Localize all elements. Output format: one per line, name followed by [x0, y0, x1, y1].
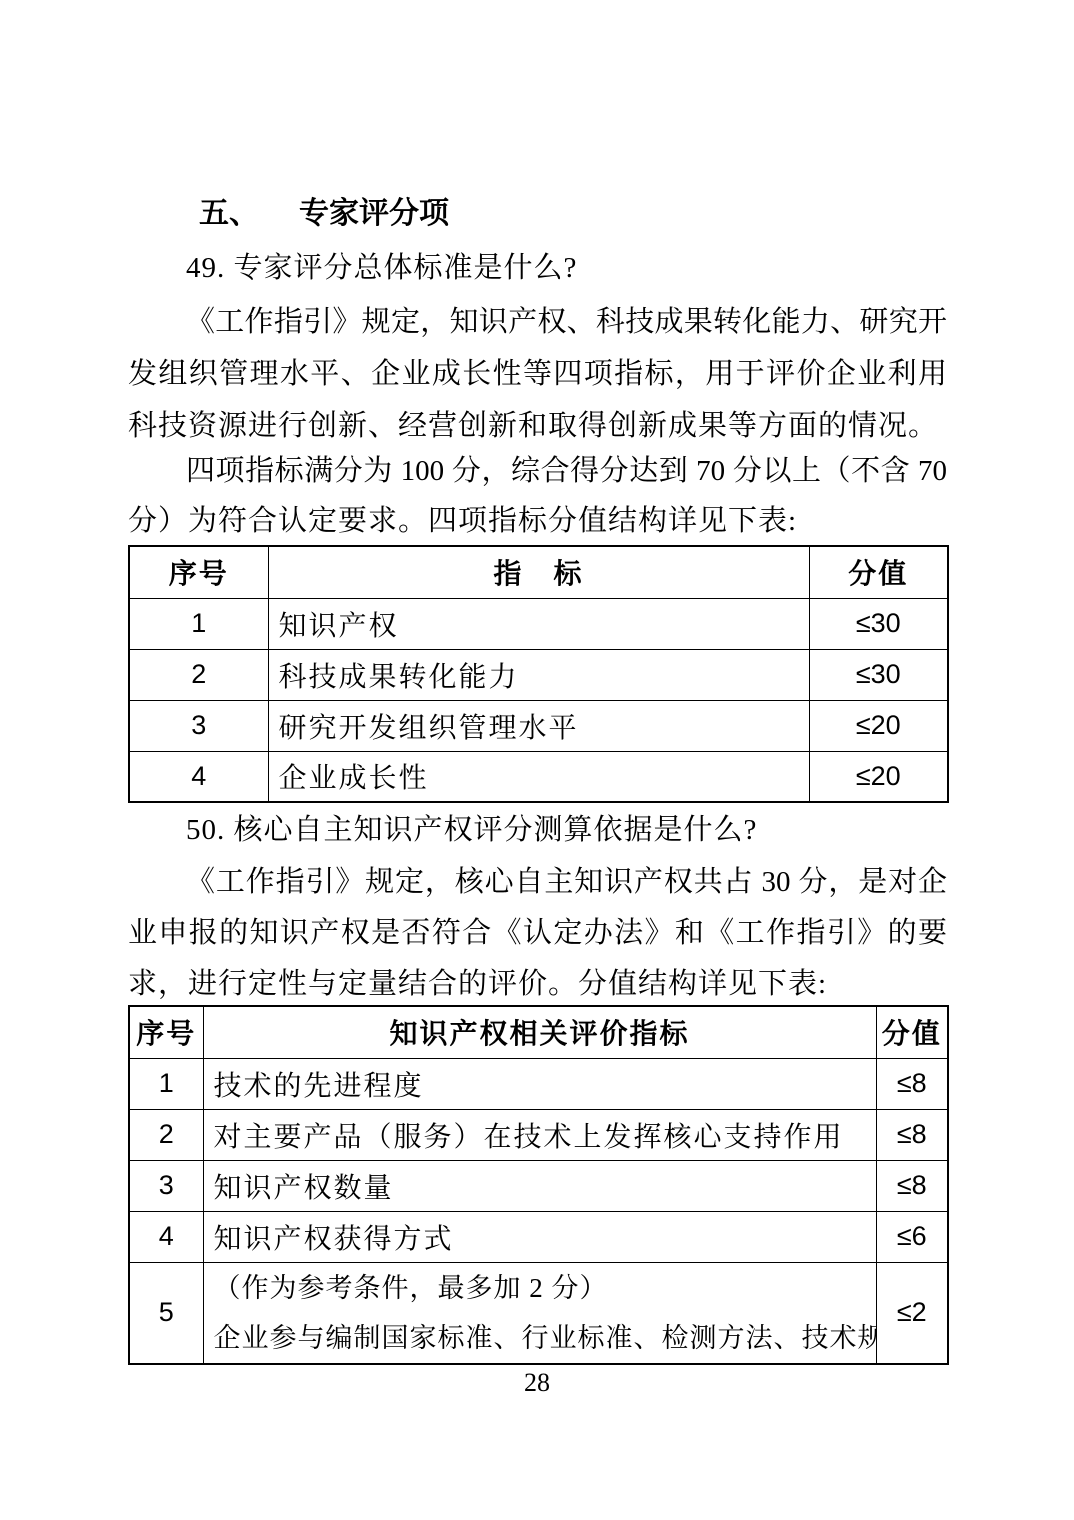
- cell-score: ≤20: [809, 751, 948, 802]
- table-row: 4 知识产权获得方式 ≤6: [129, 1211, 948, 1262]
- cell-indicator: 知识产权数量: [203, 1160, 876, 1211]
- paragraph-line: 求，进行定性与定量结合的评价。分值结构详见下表:: [128, 959, 947, 1010]
- cell-indicator: 知识产权获得方式: [203, 1211, 876, 1262]
- question-50: 50. 核心自主知识产权评分测算依据是什么?: [128, 804, 947, 856]
- question-49: 49. 专家评分总体标准是什么?: [128, 242, 947, 294]
- header-score: 分值: [876, 1006, 948, 1058]
- header-no: 序号: [129, 1006, 203, 1058]
- ip-evaluation-table: 序号 知识产权相关评价指标 分值 1 技术的先进程度 ≤8 2 对主要产品（服务…: [128, 1005, 949, 1365]
- table-header-row: 序号 指 标 分值: [129, 546, 948, 598]
- header-indicator: 知识产权相关评价指标: [203, 1006, 876, 1058]
- table-row: 4 企业成长性 ≤20: [129, 751, 948, 802]
- cell-score: ≤30: [809, 649, 948, 700]
- cell-indicator-line-1: （作为参考条件，最多加 2 分）: [214, 1263, 876, 1313]
- cell-no: 2: [129, 1109, 203, 1160]
- cell-no: 2: [129, 649, 268, 700]
- cell-indicator-line-2: 企业参与编制国家标准、行业标准、检测方法、技术规范的: [214, 1313, 876, 1363]
- cell-indicator: 对主要产品（服务）在技术上发挥核心支持作用: [203, 1109, 876, 1160]
- cell-score: ≤30: [809, 598, 948, 649]
- table-row: 2 对主要产品（服务）在技术上发挥核心支持作用 ≤8: [129, 1109, 948, 1160]
- ip-evaluation-table-wrap: 序号 知识产权相关评价指标 分值 1 技术的先进程度 ≤8 2 对主要产品（服务…: [128, 1005, 947, 1365]
- table-row: 1 知识产权 ≤30: [129, 598, 948, 649]
- paragraph-line: 科技资源进行创新、经营创新和取得创新成果等方面的情况。: [128, 400, 947, 452]
- cell-score: ≤6: [876, 1211, 948, 1262]
- cell-indicator: 科技成果转化能力: [268, 649, 809, 700]
- table-row: 3 研究开发组织管理水平 ≤20: [129, 700, 948, 751]
- cell-no: 3: [129, 700, 268, 751]
- indicator-score-table-wrap: 序号 指 标 分值 1 知识产权 ≤30 2 科技成果转化能力 ≤30 3 研究…: [128, 545, 947, 803]
- cell-indicator: （作为参考条件，最多加 2 分） 企业参与编制国家标准、行业标准、检测方法、技术…: [203, 1262, 876, 1364]
- cell-score: ≤8: [876, 1058, 948, 1109]
- header-no: 序号: [129, 546, 268, 598]
- section-title: 专家评分项: [299, 197, 449, 230]
- header-indicator: 指 标: [268, 546, 809, 598]
- header-score: 分值: [809, 546, 948, 598]
- cell-indicator: 技术的先进程度: [203, 1058, 876, 1109]
- table-row: 1 技术的先进程度 ≤8: [129, 1058, 948, 1109]
- document-page: { "heading": { "number": "五、", "title": …: [0, 0, 1074, 1520]
- cell-no: 1: [129, 1058, 203, 1109]
- paragraph-line: 《工作指引》规定，核心自主知识产权共占 30 分，是对企: [128, 857, 947, 908]
- cell-indicator: 研究开发组织管理水平: [268, 700, 809, 751]
- cell-score: ≤8: [876, 1160, 948, 1211]
- cell-no: 4: [129, 751, 268, 802]
- paragraph-3: 《工作指引》规定，核心自主知识产权共占 30 分，是对企 业申报的知识产权是否符…: [128, 857, 947, 1010]
- paragraph-line: 《工作指引》规定，知识产权、科技成果转化能力、研究开: [128, 296, 947, 348]
- table-header-row: 序号 知识产权相关评价指标 分值: [129, 1006, 948, 1058]
- cell-no: 3: [129, 1160, 203, 1211]
- paragraph-line: 业申报的知识产权是否符合《认定办法》和《工作指引》的要: [128, 908, 947, 959]
- paragraph-line: 发组织管理水平、企业成长性等四项指标，用于评价企业利用: [128, 348, 947, 400]
- cell-indicator: 企业成长性: [268, 751, 809, 802]
- cell-score: ≤20: [809, 700, 948, 751]
- table-row: 5 （作为参考条件，最多加 2 分） 企业参与编制国家标准、行业标准、检测方法、…: [129, 1262, 948, 1364]
- cell-score: ≤8: [876, 1109, 948, 1160]
- paragraph-line: 四项指标满分为 100 分，综合得分达到 70 分以上（不含 70: [128, 446, 947, 496]
- cell-no: 1: [129, 598, 268, 649]
- table-row: 2 科技成果转化能力 ≤30: [129, 649, 948, 700]
- section-number: 五、: [199, 197, 259, 230]
- page-number: 28: [0, 1366, 1074, 1400]
- cell-no: 4: [129, 1211, 203, 1262]
- section-heading: 五、专家评分项: [199, 192, 959, 236]
- cell-no: 5: [129, 1262, 203, 1364]
- paragraph-2: 四项指标满分为 100 分，综合得分达到 70 分以上（不含 70 分）为符合认…: [128, 446, 947, 546]
- cell-indicator: 知识产权: [268, 598, 809, 649]
- paragraph-line: 分）为符合认定要求。四项指标分值结构详见下表:: [128, 496, 947, 546]
- table-row: 3 知识产权数量 ≤8: [129, 1160, 948, 1211]
- indicator-score-table: 序号 指 标 分值 1 知识产权 ≤30 2 科技成果转化能力 ≤30 3 研究…: [128, 545, 949, 803]
- cell-score: ≤2: [876, 1262, 948, 1364]
- paragraph-1: 《工作指引》规定，知识产权、科技成果转化能力、研究开 发组织管理水平、企业成长性…: [128, 296, 947, 452]
